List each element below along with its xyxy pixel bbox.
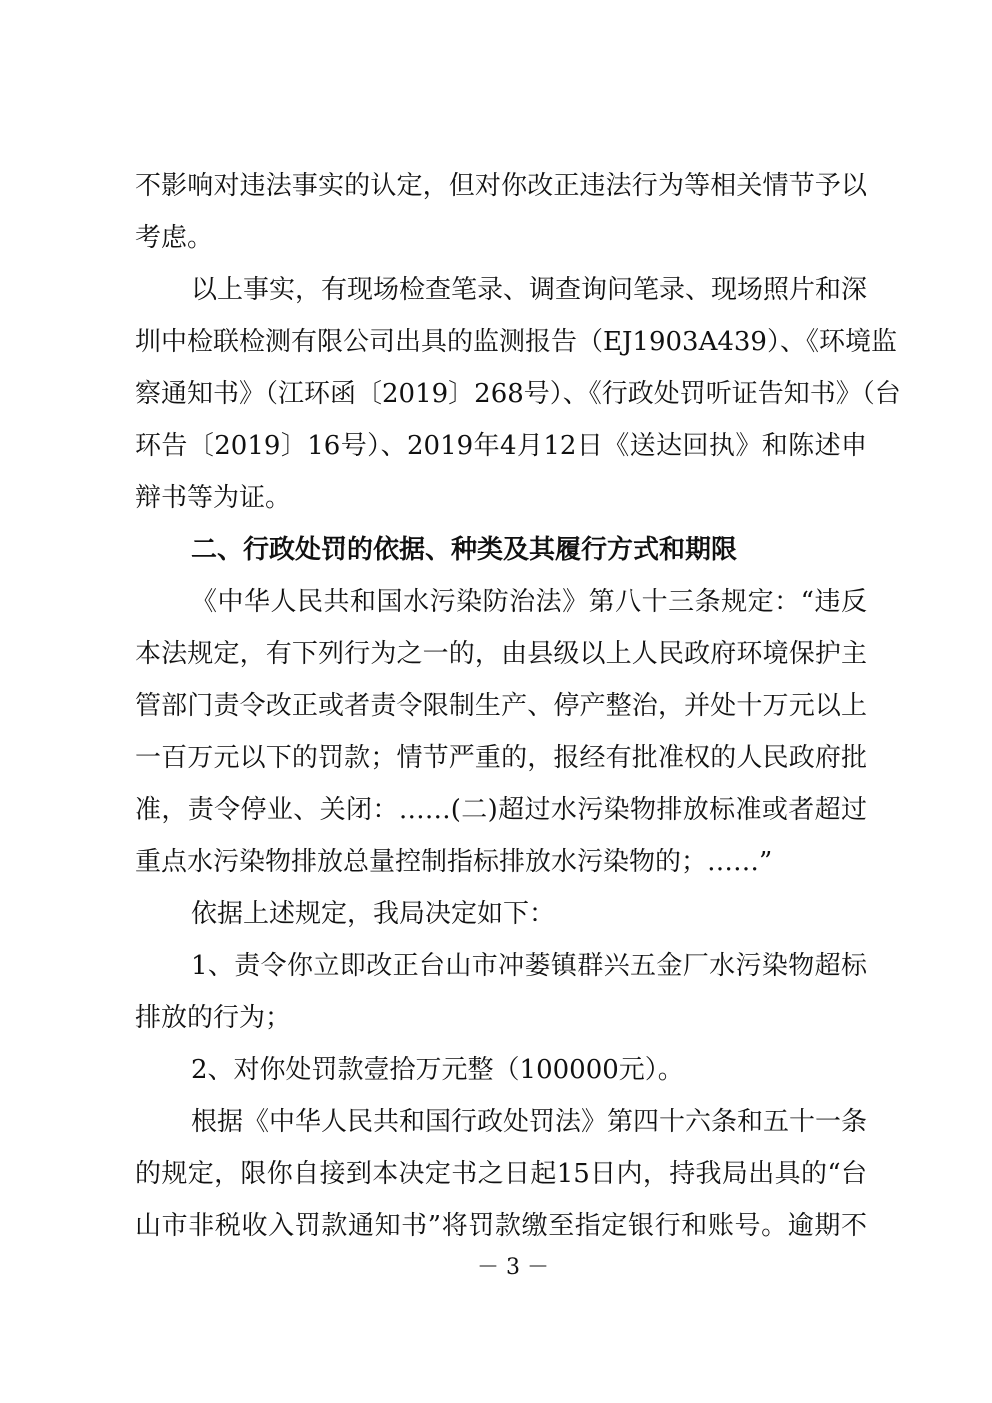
text-line: 本法规定，有下列行为之一的，由县级以上人民政府环境保护主: [135, 628, 867, 680]
text-line: 的规定，限你自接到本决定书之日起15日内，持我局出具的“台: [135, 1148, 867, 1200]
document-page: 不影响对违法事实的认定，但对你改正违法行为等相关情节予以 考虑。 以上事实，有现…: [0, 0, 992, 1403]
text-line: 根据《中华人民共和国行政处罚法》第四十六条和五十一条: [135, 1096, 867, 1148]
text-line: 考虑。: [135, 212, 867, 264]
text-line: 察通知书》（江环函〔2019〕268号）、《行政处罚听证告知书》（台: [135, 368, 867, 420]
text-line: 以上事实，有现场检查笔录、调查询问笔录、现场照片和深: [135, 264, 867, 316]
paragraph-decision-intro: 依据上述规定，我局决定如下：: [135, 888, 867, 940]
paragraph-legal-basis: 《中华人民共和国水污染防治法》第八十三条规定：“违反 本法规定，有下列行为之一的…: [135, 576, 867, 888]
paragraph-payment: 根据《中华人民共和国行政处罚法》第四十六条和五十一条 的规定，限你自接到本决定书…: [135, 1096, 867, 1252]
text-line: 重点水污染物排放总量控制指标排放水污染物的；……”: [135, 836, 867, 888]
document-body: 不影响对违法事实的认定，但对你改正违法行为等相关情节予以 考虑。 以上事实，有现…: [135, 160, 867, 1252]
text-line: 一百万元以下的罚款；情节严重的，报经有批准权的人民政府批: [135, 732, 867, 784]
section-heading: 二、行政处罚的依据、种类及其履行方式和期限: [135, 524, 867, 576]
paragraph-decision-2: 2、对你处罚款壹拾万元整（100000元）。: [135, 1044, 867, 1096]
paragraph-continuation: 不影响对违法事实的认定，但对你改正违法行为等相关情节予以 考虑。: [135, 160, 867, 264]
text-line: 《中华人民共和国水污染防治法》第八十三条规定：“违反: [135, 576, 867, 628]
heading-text: 二、行政处罚的依据、种类及其履行方式和期限: [135, 524, 867, 576]
text-line: 依据上述规定，我局决定如下：: [135, 888, 867, 940]
text-line: 排放的行为；: [135, 992, 867, 1044]
text-line: 管部门责令改正或者责令限制生产、停产整治，并处十万元以上: [135, 680, 867, 732]
paragraph-decision-1: 1、责令你立即改正台山市冲蒌镇群兴五金厂水污染物超标 排放的行为；: [135, 940, 867, 1044]
text-line: 环告〔2019〕16号）、2019年4月12日《送达回执》和陈述申: [135, 420, 867, 472]
text-line: 山市非税收入罚款通知书”将罚款缴至指定银行和账号。逾期不: [135, 1200, 867, 1252]
text-line: 1、责令你立即改正台山市冲蒌镇群兴五金厂水污染物超标: [135, 940, 867, 992]
paragraph-evidence: 以上事实，有现场检查笔录、调查询问笔录、现场照片和深 圳中检联检测有限公司出具的…: [135, 264, 867, 524]
text-line: 准，责令停业、关闭：……(二)超过水污染物排放标准或者超过: [135, 784, 867, 836]
text-line: 不影响对违法事实的认定，但对你改正违法行为等相关情节予以: [135, 160, 867, 212]
text-line: 圳中检联检测有限公司出具的监测报告（EJ1903A439）、《环境监: [135, 316, 867, 368]
text-line: 2、对你处罚款壹拾万元整（100000元）。: [135, 1044, 867, 1096]
text-line: 辩书等为证。: [135, 472, 867, 524]
page-number: － 3 －: [0, 1253, 992, 1283]
